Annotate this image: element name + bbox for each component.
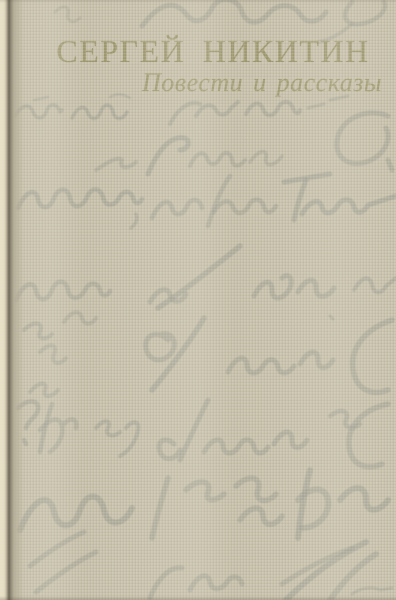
handwriting-row-bottom [30,532,392,600]
book-cover-photo: СЕРГЕЙ НИКИТИН Повести и рассказы [0,0,396,600]
handwriting-row-7 [20,470,388,538]
handwriting-row-4 [16,246,396,308]
handwriting-row-3 [18,174,396,228]
handwriting-row-6 [18,400,388,467]
handwriting-row-2 [96,138,282,174]
handwriting-row-5 [24,312,392,396]
book-subtitle: Повести и рассказы [142,70,382,96]
author-title: СЕРГЕЙ НИКИТИН [56,35,369,67]
handwriting-row-1 [15,94,392,170]
